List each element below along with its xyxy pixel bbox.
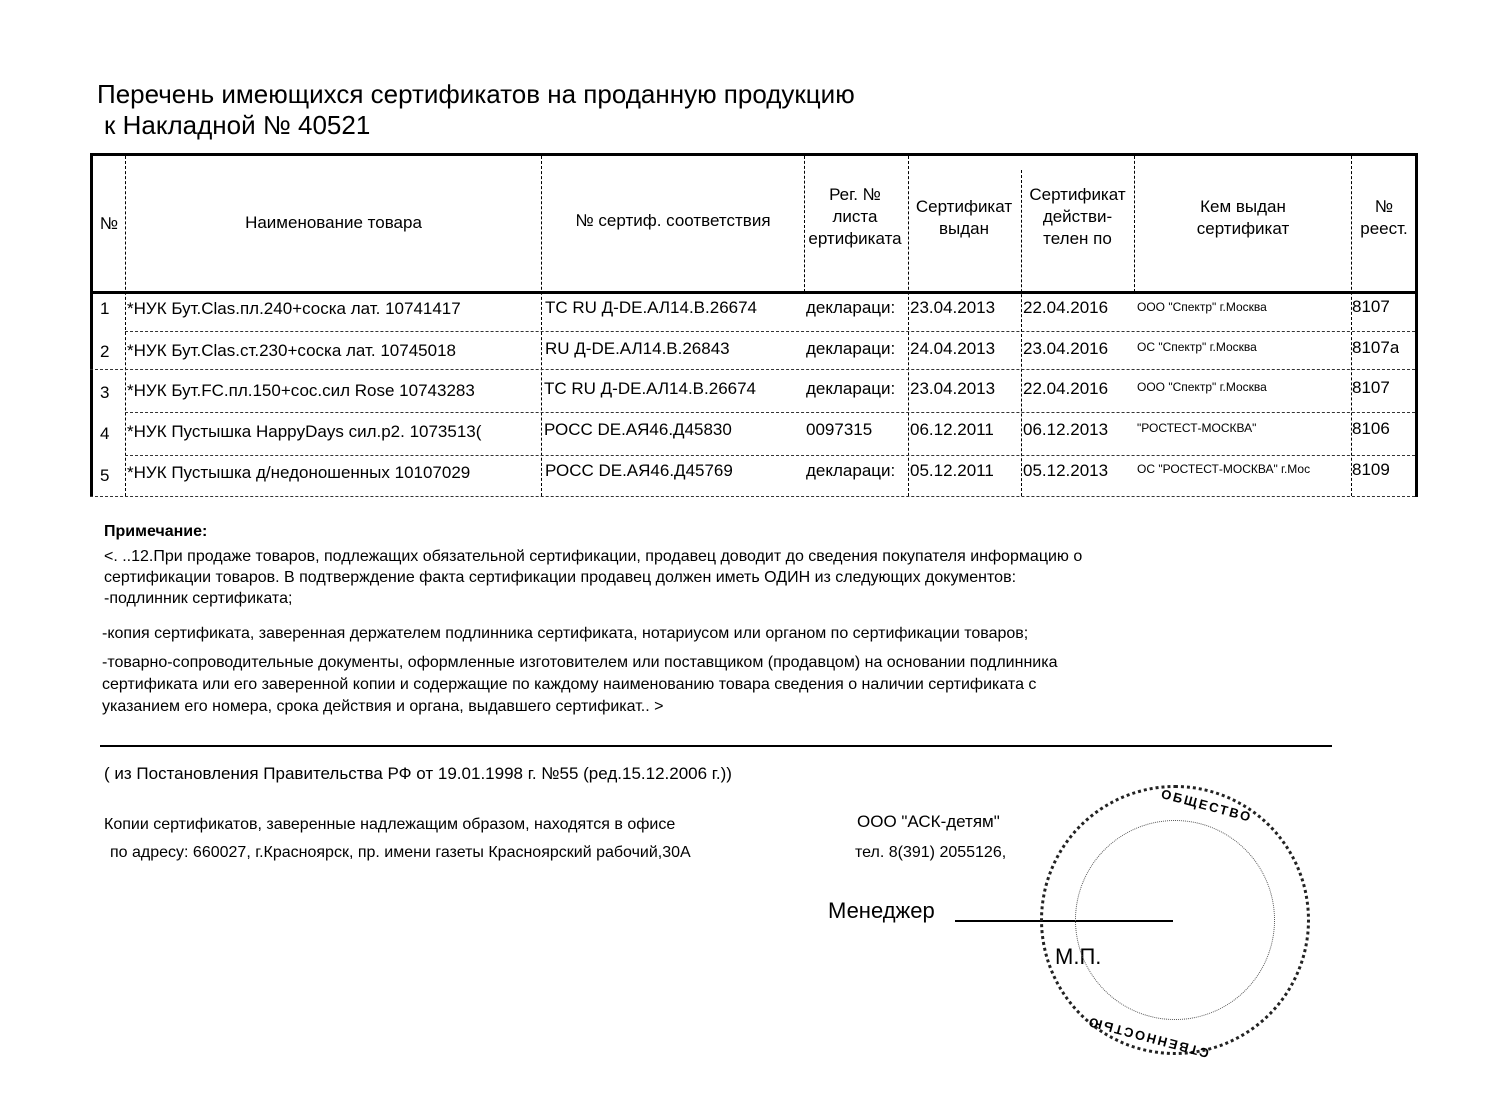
row5-valid: 05.12.2013 — [1023, 461, 1108, 481]
notes-line1: <. ..12.При продаже товаров, подлежащих … — [104, 547, 1082, 567]
row3-name: *НУК Бут.FC.пл.150+сос.сил Rose 10743283 — [127, 381, 542, 401]
header-issued-line1: Сертификат — [906, 196, 1022, 218]
address-text: по адресу: 660027, г.Красноярск, пр. име… — [110, 843, 691, 863]
row1-registry: 8107 — [1352, 297, 1390, 317]
row1-issuer: ООО "Спектр" г.Москва — [1137, 297, 1349, 317]
header-reg-line1: Рег. № — [800, 184, 910, 206]
phone-text: тел. 8(391) 2055126, — [855, 843, 1006, 863]
row2-valid: 23.04.2016 — [1023, 339, 1108, 359]
row4-valid: 06.12.2013 — [1023, 420, 1108, 440]
row-divider — [125, 455, 1415, 456]
company-stamp-inner-ring — [1075, 820, 1275, 1020]
row1-reg: деклараци: — [806, 298, 908, 318]
document-title-line1: Перечень имеющихся сертификатов на прода… — [97, 80, 855, 108]
header-valid-line2: действи- — [1020, 206, 1135, 228]
row4-reg: 0097315 — [806, 420, 908, 440]
row4-cert: РОСС DE.АЯ46.Д45830 — [544, 420, 803, 440]
row2-num: 2 — [100, 342, 109, 362]
header-cert: № сертиф. соответствия — [542, 210, 804, 232]
row1-name: *НУК Бут.Clas.пл.240+соска лат. 10741417 — [127, 299, 540, 319]
header-registry-line1: № — [1352, 196, 1416, 218]
row4-registry: 8106 — [1352, 419, 1390, 439]
row5-name: *НУК Пустышка д/недоношенных 10107029 — [127, 463, 540, 483]
company-name: ООО "АСК-детям" — [857, 812, 1000, 832]
header-name: Наименование товара — [126, 212, 541, 234]
row2-name: *НУК Бут.Clas.ст.230+соска лат. 10745018 — [127, 341, 540, 361]
header-reg-line3: ертификата — [800, 228, 910, 250]
header-issued-line2: выдан — [906, 218, 1022, 240]
copies-text: Копии сертификатов, заверенные надлежащи… — [104, 815, 675, 835]
column-divider — [125, 156, 126, 496]
column-divider — [541, 156, 542, 496]
row5-num: 5 — [100, 466, 109, 486]
row4-num: 4 — [100, 424, 109, 444]
header-num: № — [93, 213, 125, 235]
row2-issued: 24.04.2013 — [910, 339, 995, 359]
row2-registry: 8107а — [1352, 338, 1399, 358]
notes-line2: сертификации товаров. В подтверждение фа… — [104, 568, 1016, 588]
table-header-divider — [90, 291, 1418, 294]
row-divider — [125, 331, 1415, 332]
notes-heading: Примечание: — [104, 522, 207, 542]
notes-line5: -товарно-сопроводительные документы, офо… — [102, 653, 1057, 673]
row2-issuer: ОС "Спектр" г.Москва — [1137, 337, 1349, 357]
row5-cert: РОСС DE.АЯ46.Д45769 — [545, 461, 803, 481]
document-title-line2: к Накладной № 40521 — [104, 111, 370, 139]
row3-reg: деклараци: — [806, 379, 908, 399]
row1-issued: 23.04.2013 — [910, 298, 995, 318]
row3-valid: 22.04.2016 — [1023, 379, 1108, 399]
row-divider — [125, 412, 1415, 413]
row4-name: *НУК Пустышка HappyDays сил.р2. 1073513( — [127, 422, 542, 442]
row5-issuer: ОС "РОСТЕСТ-МОСКВА" г.Мос — [1137, 459, 1349, 479]
header-issuer-line1: Кем выдан — [1135, 196, 1351, 218]
row1-cert: ТС RU Д-DE.АЛ14.В.26674 — [545, 298, 803, 318]
row3-num: 3 — [100, 383, 109, 403]
header-issuer-line2: сертификат — [1135, 218, 1351, 240]
header-valid-line3: телен по — [1020, 228, 1135, 250]
notes-line4: -копия сертификата, заверенная держателе… — [102, 624, 1028, 644]
header-registry-line2: реест. — [1352, 218, 1416, 240]
manager-label: Менеджер — [828, 898, 935, 924]
row-divider — [90, 496, 1415, 497]
row3-cert: ТС RU Д-DE.АЛ14.В.26674 — [544, 379, 803, 399]
row3-registry: 8107 — [1352, 378, 1390, 398]
row2-cert: RU Д-DE.АЛ14.В.26843 — [545, 339, 803, 359]
row5-registry: 8109 — [1352, 460, 1390, 480]
row3-issued: 23.04.2013 — [910, 379, 995, 399]
header-valid-line1: Сертификат — [1020, 184, 1135, 206]
notes-line3: -подлинник сертификата; — [104, 589, 292, 609]
row2-reg: деклараци: — [806, 339, 908, 359]
source-citation: ( из Постановления Правительства РФ от 1… — [104, 764, 732, 784]
notes-line6: сертификата или его заверенной копии и с… — [102, 675, 1036, 695]
row5-issued: 05.12.2011 — [910, 461, 994, 481]
separator-line — [100, 745, 1332, 747]
row4-issued: 06.12.2011 — [910, 420, 994, 440]
notes-line7: указанием его номера, срока действия и о… — [102, 697, 663, 717]
row3-issuer: ООО "Спектр" г.Москва — [1137, 377, 1349, 397]
header-reg-line2: листа — [800, 206, 910, 228]
row5-reg: деклараци: — [806, 461, 908, 481]
row4-issuer: "РОСТЕСТ-МОСКВА" — [1137, 418, 1349, 438]
row-divider — [90, 369, 1415, 370]
row1-num: 1 — [100, 299, 109, 319]
row1-valid: 22.04.2016 — [1023, 298, 1108, 318]
